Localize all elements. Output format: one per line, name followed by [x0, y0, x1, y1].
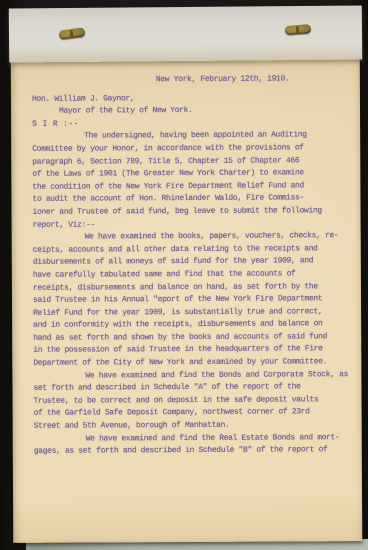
brass-fastener-icon [285, 24, 312, 35]
letter-line: We have examined the books, papers, vouc… [33, 230, 345, 244]
letter-line: of the Garfield Safe Deposit Company, no… [34, 407, 346, 421]
letter-text: New York, February 12th, 1910. Hon. Will… [32, 73, 346, 458]
photo-of-letter: { "colors": { "background": "#191814", "… [0, 0, 368, 550]
dateline: New York, February 12th, 1910. [156, 73, 344, 87]
letter-body: The undersigned, having been appointed a… [32, 130, 346, 459]
letter-page: New York, February 12th, 1910. Hon. Will… [11, 51, 363, 543]
letter-line: Committee by your Honor, in accordance w… [32, 142, 344, 156]
backing-sheet [9, 5, 362, 62]
letter-line: gages, as set forth and described in Sch… [34, 444, 346, 458]
brass-fastener-icon [59, 27, 86, 39]
letter-line: ioner and Trustee of said fund, beg leav… [33, 205, 345, 219]
letter-line: disbursements of all moneys of said fund… [33, 255, 345, 269]
letter-line: Department of the City of New York and e… [33, 356, 345, 370]
letter-line: said Trustee in his Annual "eport of the… [33, 293, 345, 307]
